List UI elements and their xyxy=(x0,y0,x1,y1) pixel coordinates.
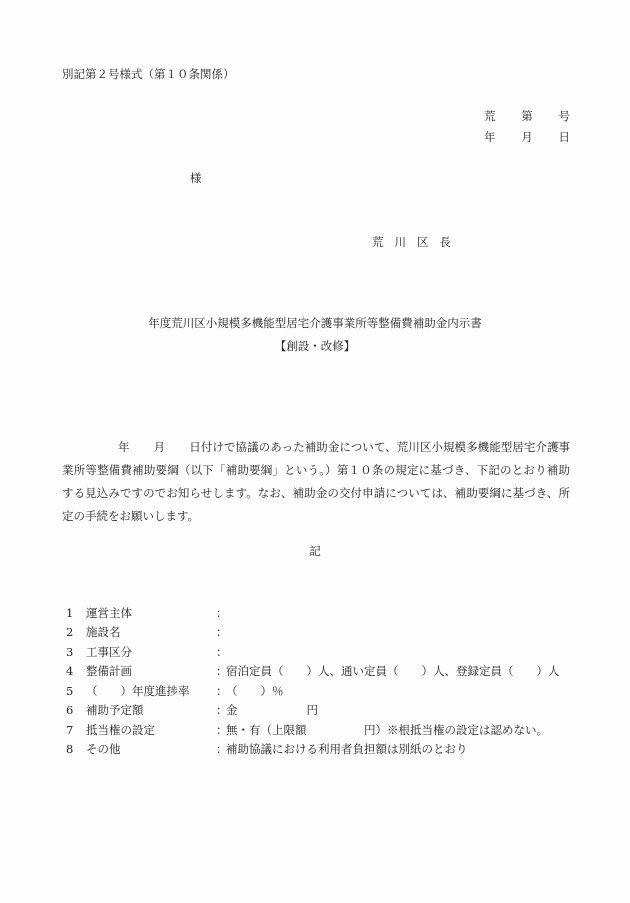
document-subtitle: 【創設・改修】 xyxy=(0,338,630,354)
month-label: 月 xyxy=(521,129,533,145)
list-item: 4 整備計画 ： 宿泊定員（ ）人、通い定員（ ）人、登録定員（ ）人 xyxy=(66,662,576,682)
list-item: 2 施設名 ： xyxy=(66,623,576,643)
item-colon: ： xyxy=(216,683,226,699)
item-number: 5 xyxy=(66,684,86,698)
item-number: 6 xyxy=(66,703,86,717)
item-label: 抵当権の設定 xyxy=(86,722,216,738)
item-number: 4 xyxy=(66,664,86,678)
addressee: 様 xyxy=(190,170,202,186)
number-label: 第 xyxy=(521,108,533,124)
document-title: 年度荒川区小規模多機能型居宅介護事業所等整備費補助金内示書 xyxy=(0,315,630,331)
item-colon: ： xyxy=(216,702,226,718)
item-number: 2 xyxy=(66,625,86,639)
list-item: 5 （ ）年度進捗率 ： （ ）％ xyxy=(66,681,576,701)
item-label: （ ）年度進捗率 xyxy=(86,683,216,699)
item-number: 8 xyxy=(66,742,86,756)
list-item: 8 その他 ： 補助協議における利用者負担額は別紙のとおり xyxy=(66,740,576,760)
item-colon: ： xyxy=(216,644,226,660)
body-month: 月 xyxy=(154,440,166,454)
item-label: 補助予定額 xyxy=(86,702,216,718)
body-year: 年 xyxy=(118,440,130,454)
item-label: 工事区分 xyxy=(86,644,216,660)
item-number: 3 xyxy=(66,645,86,659)
item-value: 金 円 xyxy=(226,702,576,718)
item-label: 運営主体 xyxy=(86,605,216,621)
item-list: 1 運営主体 ： 2 施設名 ： 3 工事区分 ： 4 整備計画 ： 宿泊定員（… xyxy=(66,603,576,759)
item-label: その他 xyxy=(86,741,216,757)
item-number: 1 xyxy=(66,606,86,620)
item-label: 整備計画 xyxy=(86,663,216,679)
list-item: 7 抵当権の設定 ： 無・有（上限額 円）※根抵当権の設定は認めない。 xyxy=(66,720,576,740)
item-colon: ： xyxy=(216,605,226,621)
list-item: 6 補助予定額 ： 金 円 xyxy=(66,701,576,721)
item-value: 補助協議における利用者負担額は別紙のとおり xyxy=(226,741,576,757)
item-colon: ： xyxy=(216,741,226,757)
list-item: 1 運営主体 ： xyxy=(66,603,576,623)
item-colon: ： xyxy=(216,722,226,738)
item-value: 宿泊定員（ ）人、通い定員（ ）人、登録定員（ ）人 xyxy=(226,663,576,679)
item-number: 7 xyxy=(66,723,86,737)
item-label: 施設名 xyxy=(86,624,216,640)
year-label: 年 xyxy=(484,129,496,145)
document-number-line: 荒 第 号 xyxy=(484,108,570,124)
item-colon: ： xyxy=(216,663,226,679)
item-value: （ ）％ xyxy=(226,683,576,699)
form-label: 別記第２号様式（第１０条関係） xyxy=(62,66,235,82)
sender: 荒川区長 xyxy=(372,234,462,250)
list-item: 3 工事区分 ： xyxy=(66,642,576,662)
date-line: 年 月 日 xyxy=(484,129,570,145)
number-suffix: 号 xyxy=(559,108,571,124)
day-label: 日 xyxy=(559,129,571,145)
body-paragraph: 年月日付けで協議のあった補助金について、荒川区小規模多機能型居宅介護事業所等整備… xyxy=(62,436,570,528)
body-text: 日付けで協議のあった補助金について、荒川区小規模多機能型居宅介護事業所等整備費補… xyxy=(62,440,570,523)
item-colon: ： xyxy=(216,624,226,640)
item-value: 無・有（上限額 円）※根抵当権の設定は認めない。 xyxy=(226,722,576,738)
office-prefix: 荒 xyxy=(484,108,496,124)
ki-heading: 記 xyxy=(0,543,630,559)
